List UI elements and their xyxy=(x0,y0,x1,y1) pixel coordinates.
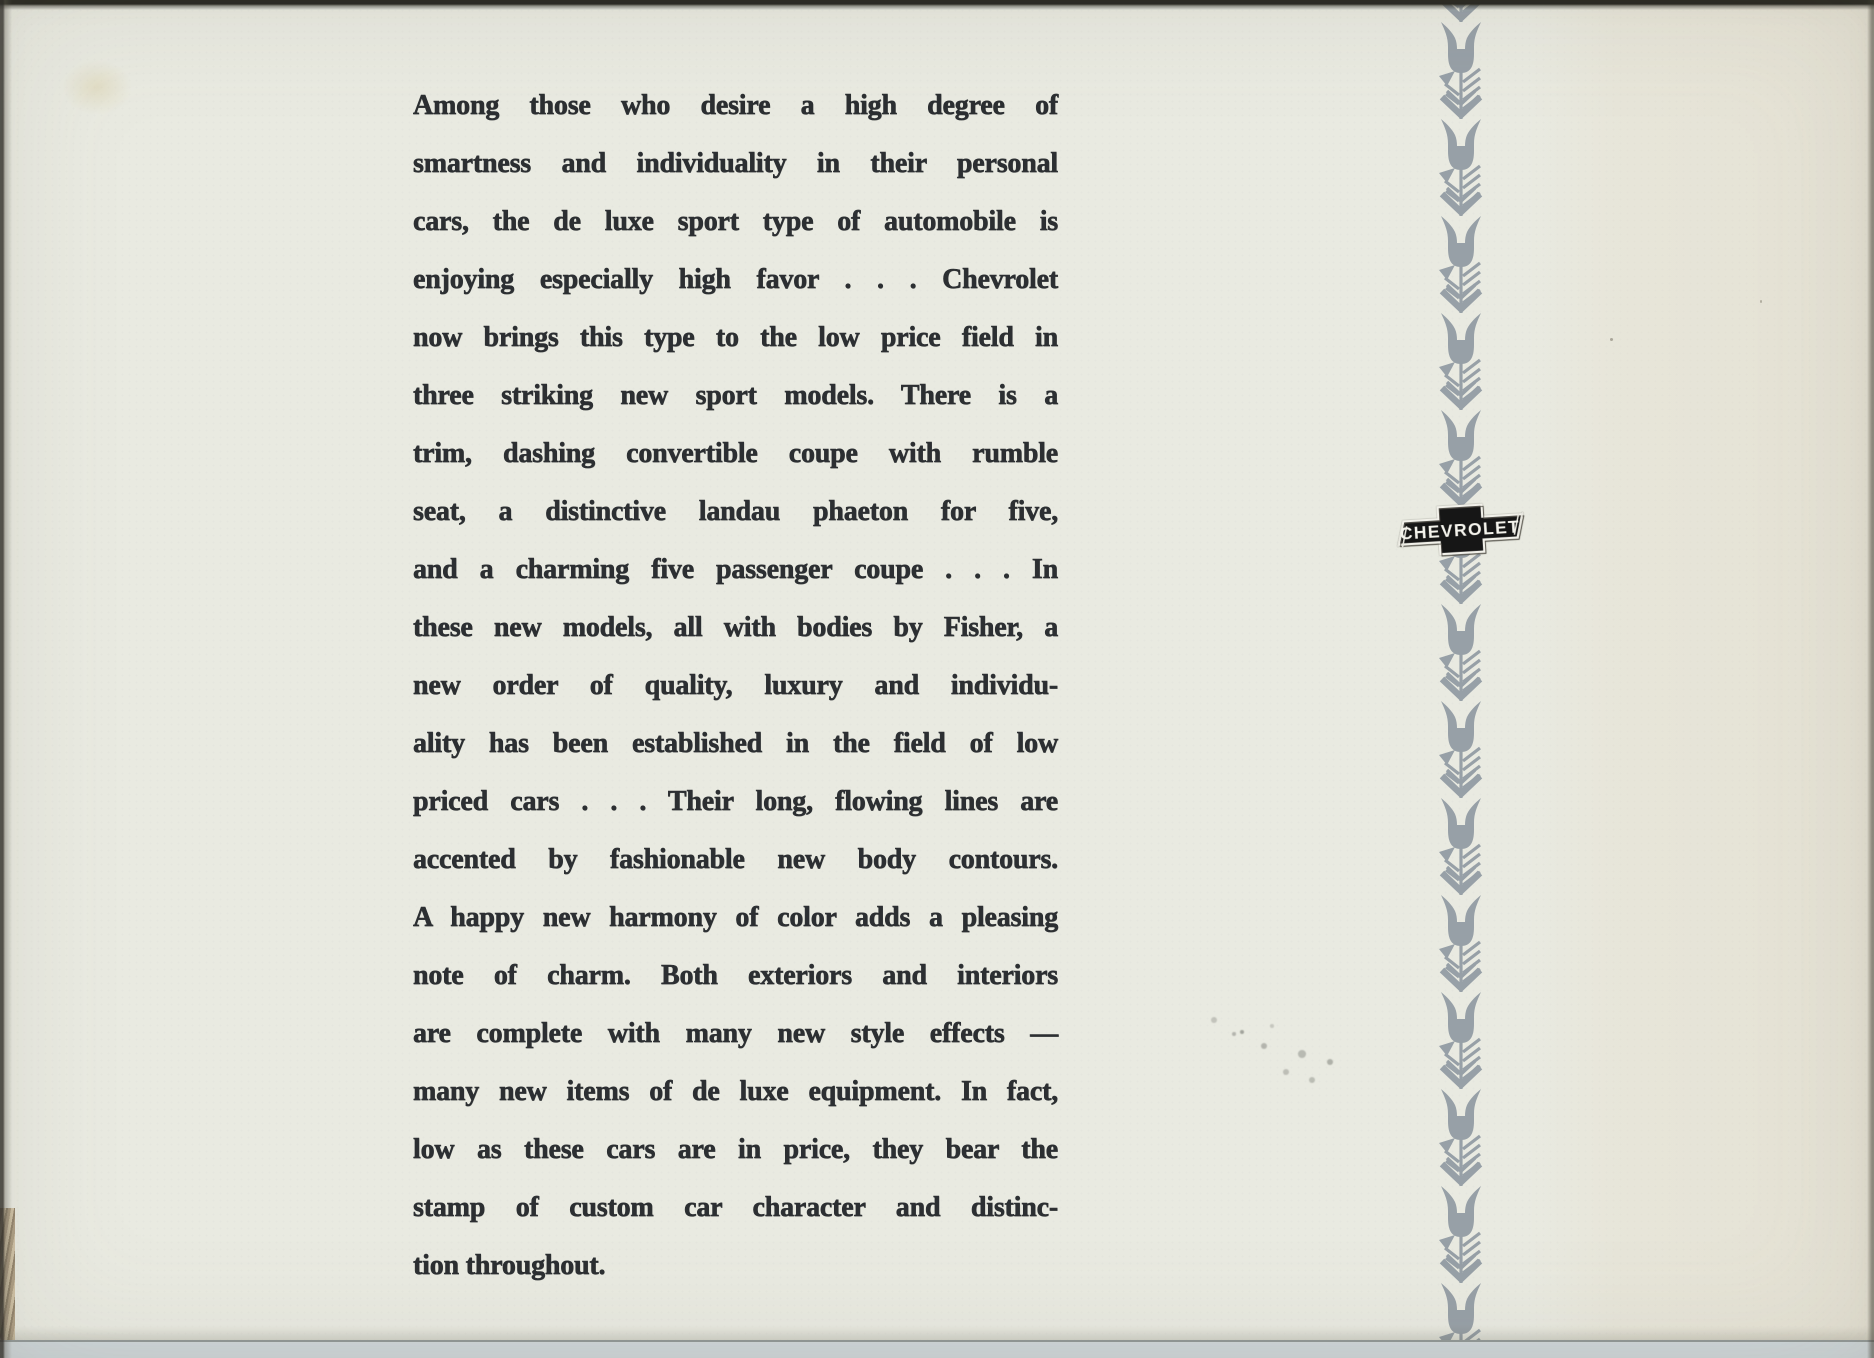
body-text: Among those who desire a high degree ofs… xyxy=(413,77,1058,1295)
body-text-line: low as these cars are in price, they bea… xyxy=(413,1121,1058,1179)
scanner-bed-strip xyxy=(0,1340,1874,1358)
body-text-line: new order of quality, luxury and individ… xyxy=(413,657,1058,715)
body-text-line: three striking new sport models. There i… xyxy=(413,367,1058,425)
page-bottom-shadow xyxy=(0,1326,1874,1340)
body-text-line: trim, dashing convertible coupe with rum… xyxy=(413,425,1058,483)
body-text-line: accented by fashionable new body contour… xyxy=(413,831,1058,889)
body-text-line: many new items of de luxe equipment. In … xyxy=(413,1063,1058,1121)
pencil-smudge xyxy=(1240,1030,1244,1034)
body-text-line: seat, a distinctive landau phaeton for f… xyxy=(413,483,1058,541)
page-fold-tint xyxy=(1528,0,1874,1358)
body-text-line: smartness and individuality in their per… xyxy=(413,135,1058,193)
body-text-line: enjoying especially high favor . . . Che… xyxy=(413,251,1058,309)
scan-left-edge xyxy=(0,0,12,1358)
body-text-line: Among those who desire a high degree of xyxy=(413,77,1058,135)
brochure-page: Among those who desire a high degree ofs… xyxy=(0,0,1874,1358)
paper-speck xyxy=(1760,300,1762,303)
body-text-line: tion throughout. xyxy=(413,1237,1058,1295)
chevrolet-bowtie-logo: CHEVROLET xyxy=(1390,497,1529,563)
scan-right-edge xyxy=(1867,0,1874,1358)
body-text-line: now brings this type to the low price fi… xyxy=(413,309,1058,367)
arrow-tulip-ornament-icon xyxy=(1430,0,1512,1358)
body-text-line: ality has been established in the field … xyxy=(413,715,1058,773)
body-text-line: cars, the de luxe sport type of automobi… xyxy=(413,193,1058,251)
body-text-line: stamp of custom car character and distin… xyxy=(413,1179,1058,1237)
paper-stain xyxy=(62,60,132,115)
body-text-line: A happy new harmony of color adds a plea… xyxy=(413,889,1058,947)
arrow-ornament-band xyxy=(1430,0,1512,1358)
scan-top-edge xyxy=(0,0,1874,10)
body-text-line: priced cars . . . Their long, flowing li… xyxy=(413,773,1058,831)
body-text-line: and a charming five passenger coupe . . … xyxy=(413,541,1058,599)
body-text-line: are complete with many new style effects… xyxy=(413,1005,1058,1063)
body-text-line: these new models, all with bodies by Fis… xyxy=(413,599,1058,657)
body-text-line: note of charm. Both exteriors and interi… xyxy=(413,947,1058,1005)
paper-speck xyxy=(1610,338,1613,341)
